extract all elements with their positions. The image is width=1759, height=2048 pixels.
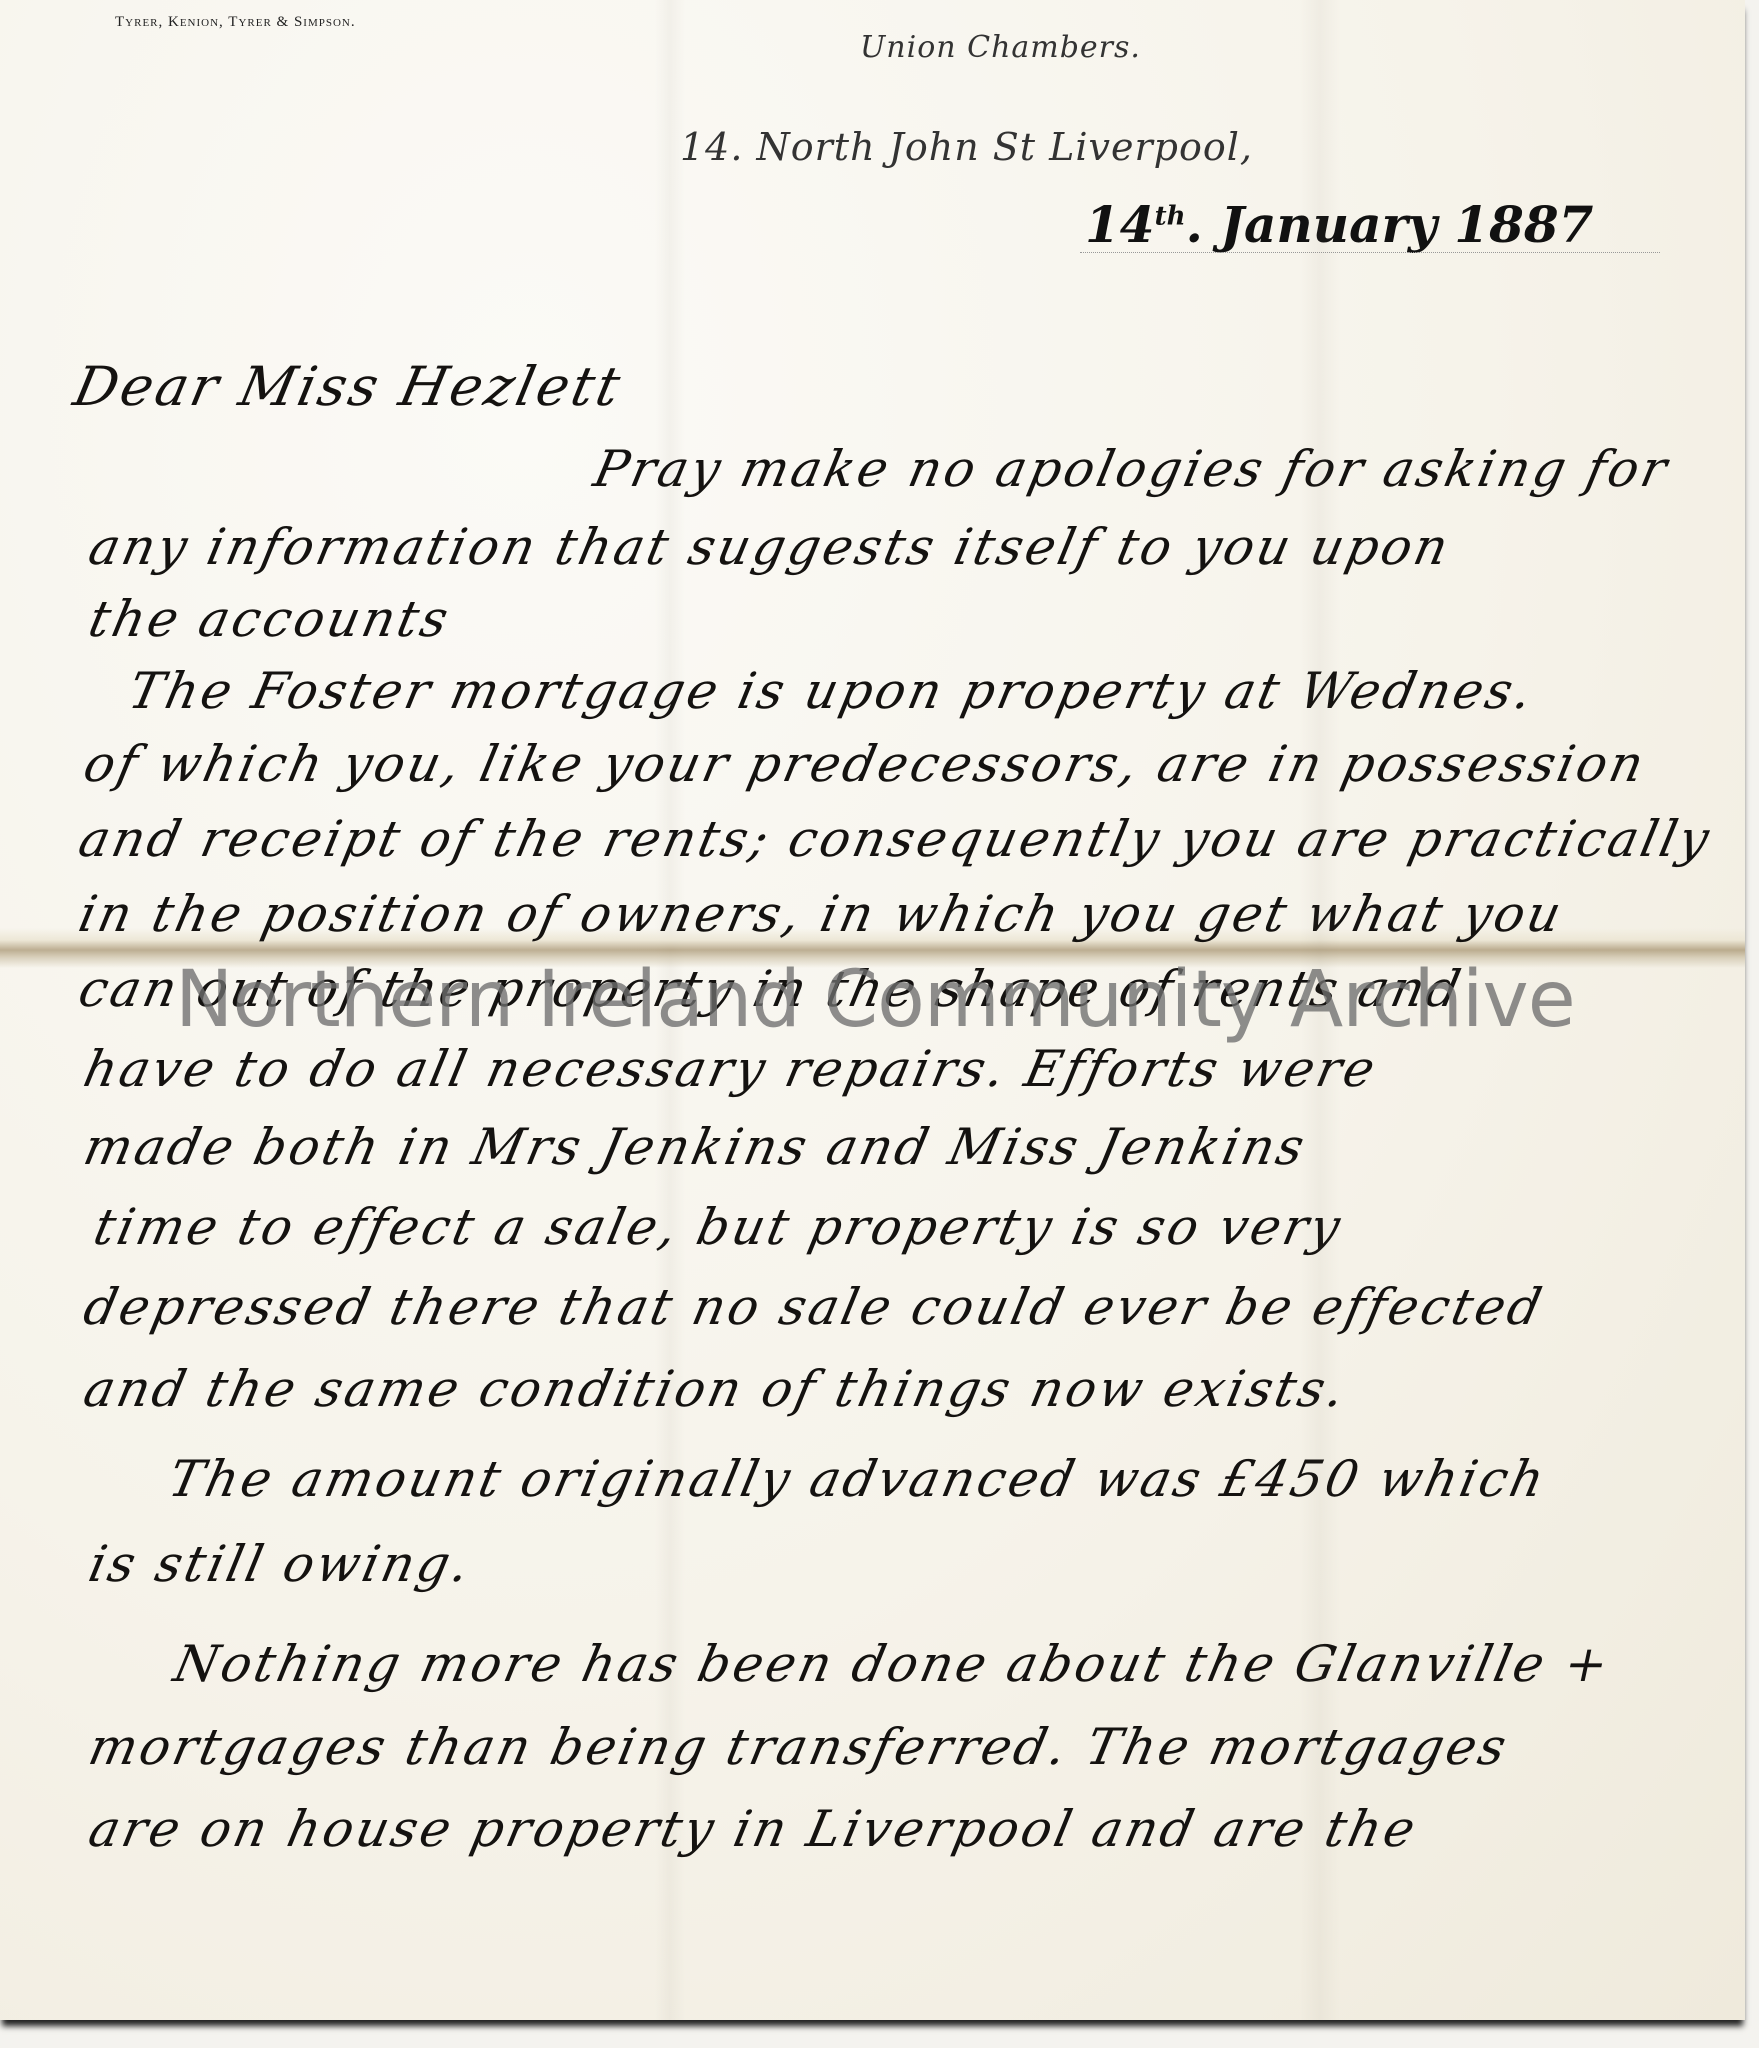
- date-day: 14: [1085, 195, 1155, 254]
- letter-line: The amount originally advanced was £450 …: [164, 1450, 1552, 1508]
- letter-line: made both in Mrs Jenkins and Miss Jenkin…: [79, 1118, 1312, 1176]
- letter-line: and the same condition of things now exi…: [79, 1360, 1353, 1418]
- letter-line: of which you, like your predecessors, ar…: [79, 735, 1652, 793]
- letter-line: are on house property in Liverpool and a…: [84, 1800, 1423, 1858]
- letter-line: any information that suggests itself to …: [84, 518, 1456, 576]
- letterhead-address: 14. North John St Liverpool,: [680, 125, 1253, 169]
- letter-line: depressed there that no sale could ever …: [79, 1278, 1550, 1336]
- salutation: Dear Miss Hezlett: [68, 355, 628, 418]
- letter-line: Pray make no apologies for asking for: [589, 440, 1675, 498]
- letter-line: mortgages than being transferred. The mo…: [84, 1718, 1514, 1776]
- date-suffix: th: [1155, 201, 1186, 231]
- date-rule: [1080, 252, 1660, 253]
- letterhead-firm: Tyrer, Kenion, Tyrer & Simpson.: [115, 14, 356, 31]
- letter-line: Nothing more has been done about the Gla…: [169, 1635, 1617, 1693]
- letter-line: have to do all necessary repairs. Effort…: [79, 1040, 1383, 1098]
- letter-line: is still owing.: [84, 1535, 478, 1593]
- date-month-year: January 1887: [1220, 195, 1593, 254]
- archive-watermark: Northern Ireland Community Archive: [175, 955, 1575, 1045]
- letter-line: in the position of owners, in which you …: [74, 885, 1569, 943]
- letter-date: 14th. January 1887: [1085, 195, 1593, 254]
- letter-line: The Foster mortgage is upon property at …: [124, 662, 1540, 720]
- letterhead-building: Union Chambers.: [860, 30, 1141, 65]
- letter-line: the accounts: [84, 590, 456, 648]
- letter-line: time to effect a sale, but property is s…: [89, 1198, 1348, 1256]
- letter-page: Tyrer, Kenion, Tyrer & Simpson. Union Ch…: [0, 0, 1745, 2020]
- letter-line: and receipt of the rents; consequently y…: [74, 810, 1717, 868]
